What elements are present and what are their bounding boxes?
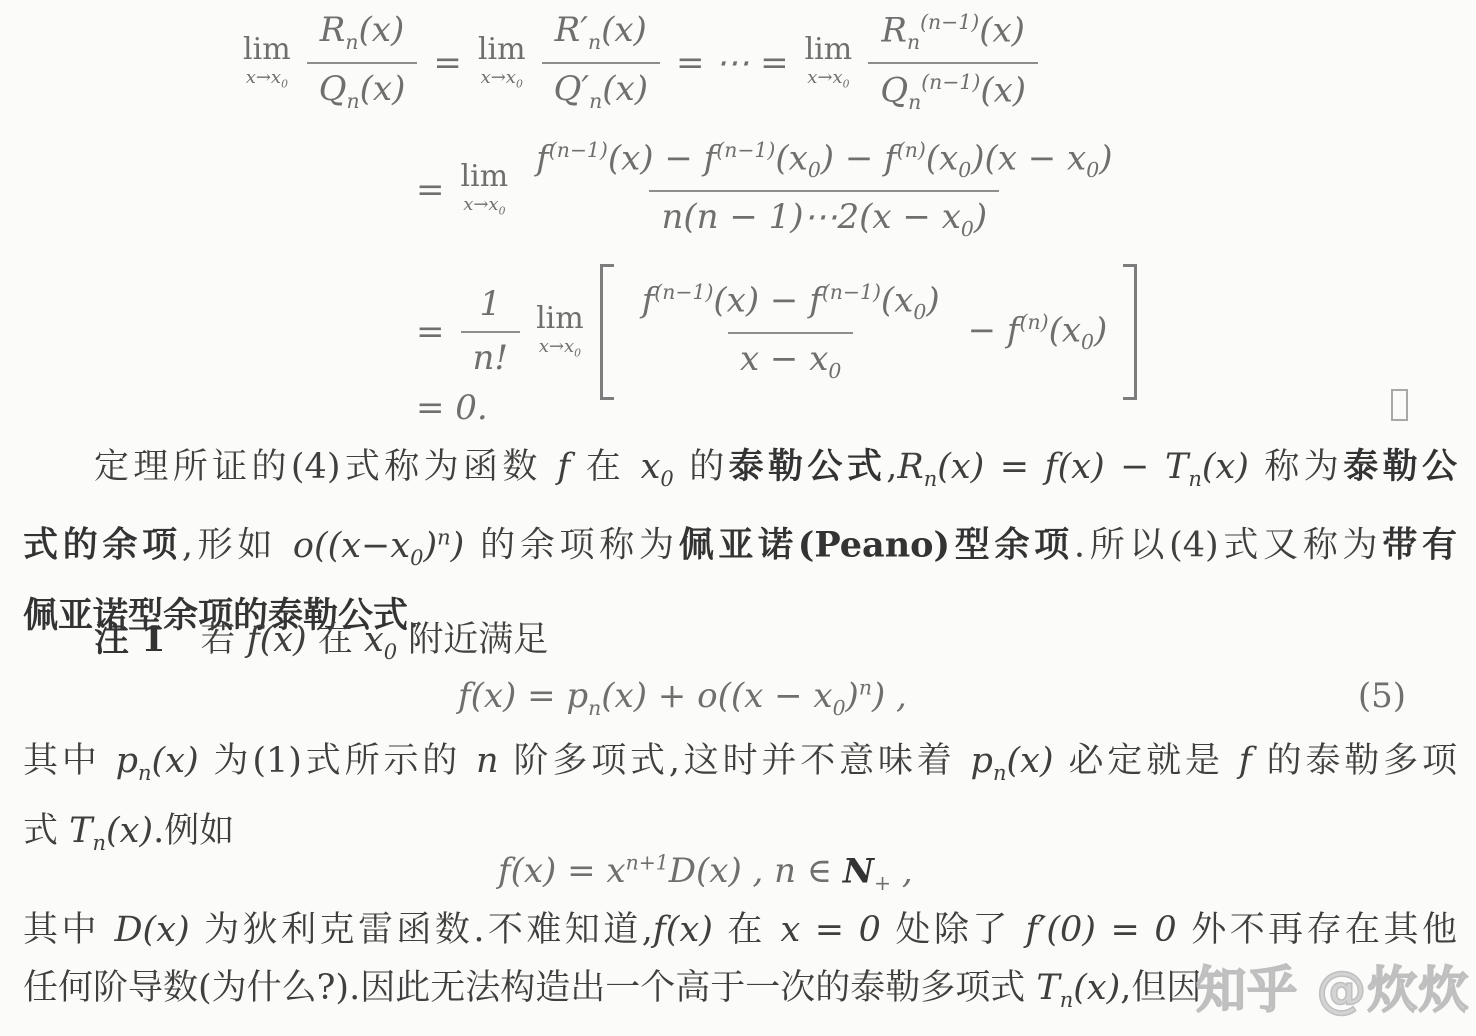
note-1-line: 注 1 若 f(x) 在 x0 附近满足 bbox=[23, 611, 1457, 681]
formula-5-label: (5) bbox=[1358, 676, 1406, 716]
qed-box bbox=[1391, 389, 1408, 421]
zhihu-watermark: 知乎 @炊炊 bbox=[1196, 950, 1469, 1022]
textbook-page: limx→x0Rn(x)Qn(x)=limx→x0R′n(x)Q′n(x)= ⋯… bbox=[0, 0, 1476, 1036]
equation-factorial-limit: =1n!limx→x0f(n−1)(x) − f(n−1)(x0)x − x0−… bbox=[416, 264, 1137, 400]
formula-5: f(x) = pn(x) + o((x − x0)n) , bbox=[458, 676, 907, 720]
formula-dirichlet-example: f(x) = xn+1D(x) , n ∈ N+ , bbox=[498, 851, 913, 895]
paragraph-line: 定理所证的(4)式称为函数 f 在 x0 的泰勒公式,Rn(x) = f(x) … bbox=[23, 438, 1457, 508]
equation-limit-chain: limx→x0Rn(x)Qn(x)=limx→x0R′n(x)Q′n(x)= ⋯… bbox=[243, 10, 1038, 115]
paragraph-line: 式的余项,形如 o((x−x0)n) 的余项称为佩亚诺(Peano)型余项.所以… bbox=[23, 508, 1457, 587]
paragraph-line: 其中 pn(x) 为(1)式所示的 n 阶多项式,这时并不意味着 pn(x) 必… bbox=[23, 732, 1457, 802]
equation-equals-zero: = 0. bbox=[416, 388, 488, 428]
note-1: 注 1 若 f(x) 在 x0 附近满足 bbox=[23, 611, 1457, 681]
equation-derivative-ratio: =limx→x0f(n−1)(x) − f(n−1)(x0) − f(n)(x0… bbox=[416, 138, 1124, 242]
